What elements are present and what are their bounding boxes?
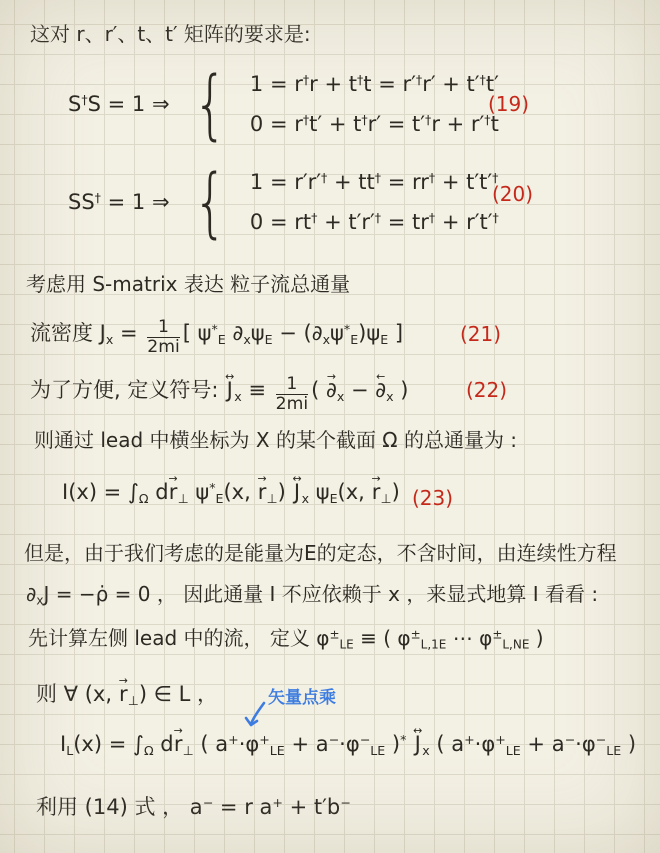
equation-20-block: SS† = 1 ⇒ { 1 = r′r′† + tt† = rr† + t′t′… [68, 160, 499, 244]
equation-22-number: (22) [466, 378, 507, 402]
paragraph-continuity-2: ∂xJ = −ρ̇ = 0 ， 因此通量 I 不应依赖于 x ，来显式地算 I … [26, 582, 598, 607]
equation-21: 流密度 Jx = 12mi[ ψ*E ∂xψE − (∂xψ*E)ψE ] [30, 318, 403, 358]
left-brace-icon: { [193, 168, 227, 236]
blue-annotation-text: 矢量点乘 [268, 688, 336, 709]
final-substitution-line: 利用 (14) 式 ， a− = r a+ + t′b− [36, 794, 351, 820]
forall-line: 则 ∀ (x, →r⊥) ∈ L ， [36, 678, 218, 707]
equation-23-number: (23) [412, 486, 453, 510]
define-phi-line: 先计算左侧 lead 中的流， 定义 φ±LE ≡ ( φ±L,1E ⋯ φ±L… [28, 626, 544, 651]
smatrix-heading: 考虑用 S-matrix 表达 粒子流总通量 [26, 272, 350, 297]
equation-20-line1: 1 = r′r′† + tt† = rr† + t′t′† [250, 170, 499, 194]
equation-19-lines: 1 = r†r + t†t = r′†r′ + t′†t′ 0 = r†t′ +… [250, 72, 499, 136]
equation-19-line2: 0 = r†t′ + t†r′ = t′†r + r′†t [250, 112, 499, 136]
equation-left-current: IL(x) = ∫Ω d→r⊥ ( a+·φ+LE + a−·φ−LE )* ↔… [60, 728, 636, 757]
equation-19-lhs: S†S = 1 ⇒ [68, 92, 170, 116]
equation-20-lines: 1 = r′r′† + tt† = rr† + t′t′† 0 = rt† + … [250, 170, 499, 234]
equation-19-number: (19) [488, 92, 529, 116]
annotation-arrow-icon [242, 700, 268, 730]
equation-20-line2: 0 = rt† + t′r′† = tr† + r′t′† [250, 210, 499, 234]
equation-22: 为了方便, 定义符号: ↔Jx ≡ 12mi( →∂x − ←∂x ) [30, 374, 408, 414]
equation-19-line1: 1 = r†r + t†t = r′†r′ + t′†t′ [250, 72, 499, 96]
lead-flux-line: 则通过 lead 中横坐标为 X 的某个截面 Ω 的总通量为 : [34, 428, 517, 453]
notebook-page: 这对 r、r′、t、t′ 矩阵的要求是: S†S = 1 ⇒ { 1 = r†r… [0, 0, 660, 853]
intro-line: 这对 r、r′、t、t′ 矩阵的要求是: [30, 22, 311, 47]
equation-19-block: S†S = 1 ⇒ { 1 = r†r + t†t = r′†r′ + t′†t… [68, 62, 499, 146]
left-brace-icon: { [193, 70, 227, 138]
equation-20-lhs: SS† = 1 ⇒ [68, 190, 170, 214]
equation-23: I(x) = ∫Ω d→r⊥ ψ*E(x, →r⊥) ↔Jx ψE(x, →r⊥… [62, 476, 400, 505]
paragraph-continuity-1: 但是，由于我们考虑的是能量为E的定态，不含时间，由连续性方程 [24, 541, 617, 566]
equation-20-number: (20) [492, 182, 533, 206]
equation-21-number: (21) [460, 322, 501, 346]
